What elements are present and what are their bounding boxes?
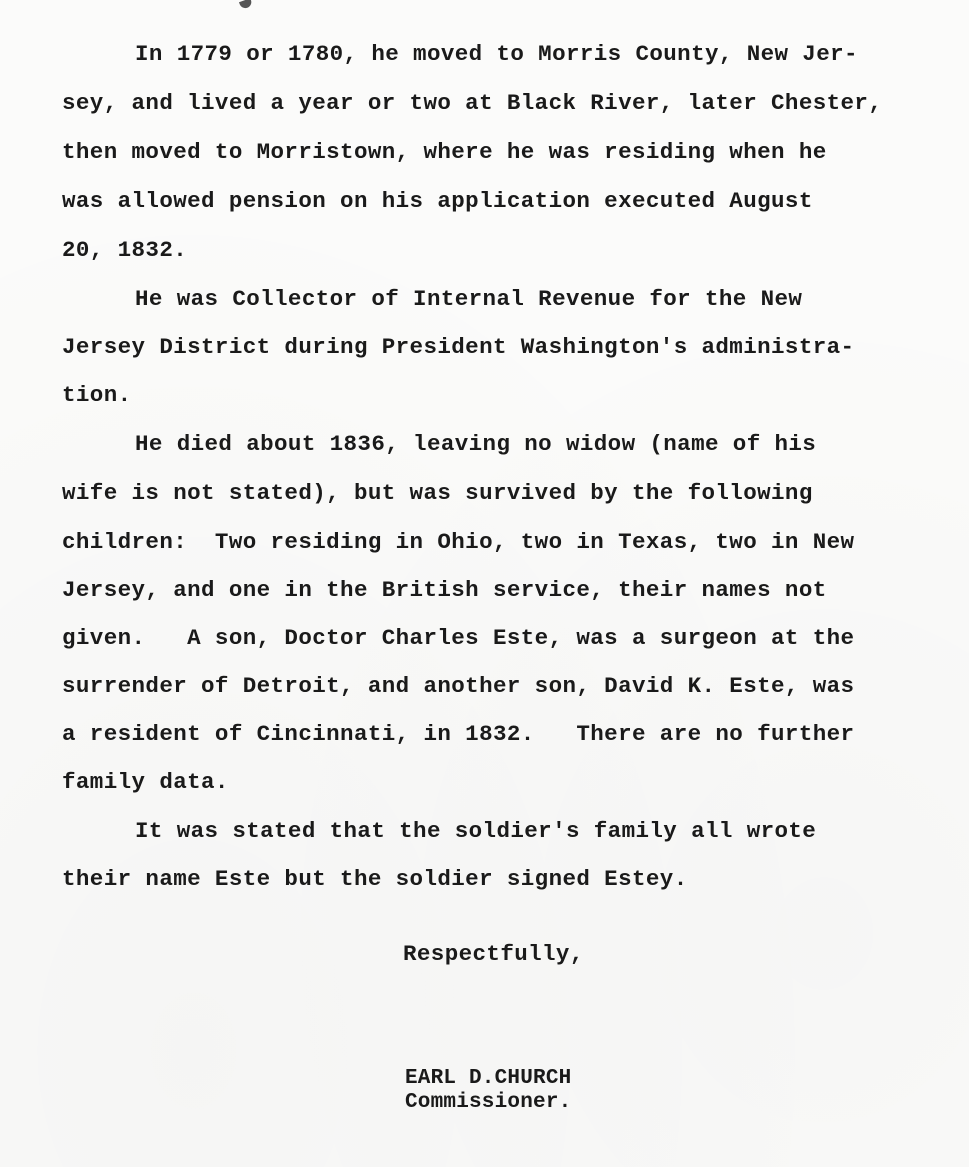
closing: Respectfully, [403,940,584,968]
signature-title: Commissioner. [405,1091,571,1115]
paragraph-4-line-2: their name Este but the soldier signed E… [62,865,688,893]
paragraph-1-line-2: sey, and lived a year or two at Black Ri… [62,89,882,117]
document-page: In 1779 or 1780, he moved to Morris Coun… [0,0,969,1167]
paragraph-1-line-1: In 1779 or 1780, he moved to Morris Coun… [135,40,858,68]
signature-name: EARL D.CHURCH [405,1067,571,1091]
paragraph-1-line-3: then moved to Morristown, where he was r… [62,138,827,166]
paragraph-3-line-2: wife is not stated), but was survived by… [62,479,813,507]
scan-artifact [239,0,253,10]
paragraph-2-line-2: Jersey District during President Washing… [62,333,854,361]
paragraph-3-line-7: a resident of Cincinnati, in 1832. There… [62,720,854,748]
paragraph-3-line-4: Jersey, and one in the British service, … [62,576,827,604]
paragraph-1-line-4: was allowed pension on his application e… [62,187,813,215]
paragraph-3-line-1: He died about 1836, leaving no widow (na… [135,430,816,458]
paragraph-3-line-8: family data. [62,768,229,796]
paragraph-1-line-5: 20, 1832. [62,236,187,264]
paragraph-2-line-3: tion. [62,381,132,409]
paragraph-3-line-3: children: Two residing in Ohio, two in T… [62,528,854,556]
paragraph-2-line-1: He was Collector of Internal Revenue for… [135,285,802,313]
paragraph-3-line-6: surrender of Detroit, and another son, D… [62,672,854,700]
paragraph-4-line-1: It was stated that the soldier's family … [135,817,816,845]
paragraph-3-line-5: given. A son, Doctor Charles Este, was a… [62,624,854,652]
